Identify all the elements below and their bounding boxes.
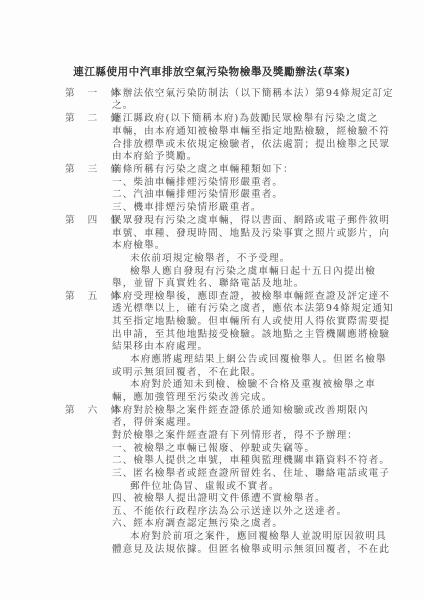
article-6-line: 者，得併案處理。 bbox=[112, 417, 198, 429]
article-6-line: 本府對於檢舉之案件經查證係於通知檢驗或改善期限內 bbox=[112, 405, 369, 417]
article-5-line: 本府受理檢舉後，應即查證，被檢舉車輛經查證及評定達不 bbox=[112, 291, 390, 303]
article-6-line: 郵件位址偽冒、虛報或不實者。 bbox=[130, 481, 280, 493]
article-6-line: 二、檢舉人提供之車號，車種與監理機關車籍資料不符者。 bbox=[112, 455, 390, 467]
article-1-line: 之。 bbox=[112, 100, 133, 112]
article-5-line: 透光標準以上，確有污染之虞者，應依本法第94條規定通知 bbox=[112, 303, 394, 315]
article-5-line: 本府應將處理結果上網公告或回覆檢舉人。但匿名檢舉 bbox=[130, 354, 387, 366]
article-6-line: 體意見及法規依據。但匿名檢舉或明示無須回覆者，不在此 bbox=[112, 544, 390, 556]
article-4-line: 民眾發現有污染之虞車輛，得以書面、網路或電子郵件敘明 bbox=[112, 215, 390, 227]
article-3-line: 前條所稱有污染之虞之車輛種類如下： bbox=[112, 164, 294, 176]
article-2-line: 由本府給予獎勵。 bbox=[112, 151, 198, 163]
article-3-line: 一、柴油車輛排煙污染情形嚴重者。 bbox=[112, 177, 283, 189]
article-5-line: 本府對於通知未到檢、檢驗不合格及重複被檢舉之車 bbox=[130, 379, 376, 391]
article-5-line: 或明示無須回覆者，不在此限。 bbox=[112, 367, 262, 379]
article-5-line: 輛，應加強管理至污染改善完成。 bbox=[112, 392, 272, 404]
document-page: 連江縣使用中汽車排放空氣污染物檢舉及獎勵辦法(草案) 第 一 條 本辦法依空氣污… bbox=[0, 0, 424, 600]
article-6-line: 本府對於前項之案件，應回覆檢舉人並說明原因敘明具 bbox=[130, 531, 387, 543]
article-2-line: 連江縣政府(以下簡稱本府)為鼓勵民眾檢舉有污染之虞之 bbox=[112, 113, 378, 125]
article-4-line: 未依前項規定檢舉者，不予受理。 bbox=[130, 253, 290, 265]
article-2-line: 合排放標準或未依規定檢驗者，依法處罰；提出檢舉之民眾 bbox=[112, 139, 390, 151]
article-4-line: 車號、車種、發現時間、地點及污染事實之照片或影片，向 bbox=[112, 228, 390, 240]
article-5-line: 結果移由本府處理。 bbox=[112, 341, 208, 353]
article-6-line: 對於檢舉之案件經查證有下列情形者，得不予辦理： bbox=[112, 430, 358, 442]
article-5-line: 其至指定地點檢驗。但車輛所有人或使用人得依實際需要提 bbox=[112, 316, 390, 328]
article-4-line: 舉，並留下真實姓名、聯絡電話及地址。 bbox=[112, 278, 305, 290]
document-title: 連江縣使用中汽車排放空氣污染物檢舉及獎勵辦法(草案) bbox=[0, 64, 424, 79]
article-6-line: 六、經本府調查認定無污染之虞者。 bbox=[112, 518, 283, 530]
article-2-line: 車輛，由本府通知被檢舉車輛至指定地點檢驗，經檢驗不符 bbox=[112, 126, 390, 138]
article-6-line: 五、不能依行政程序法為公示送達以外之送達者。 bbox=[112, 506, 347, 518]
article-6-line: 四、被檢舉人提出證明文件係遭不實檢舉者。 bbox=[112, 493, 326, 505]
article-3-line: 二、汽油車輛排煙污染情形嚴重者。 bbox=[112, 189, 283, 201]
article-6-line: 一、被檢舉之車輛已報廢、停駛或失竊等。 bbox=[112, 443, 315, 455]
article-5-line: 出申請，至其他地點接受檢驗。該地點之主管機關應將檢驗 bbox=[112, 329, 390, 341]
article-4-line: 檢舉人應自發現有污染之虞車輛日起十五日內提出檢 bbox=[130, 266, 376, 278]
article-4-line: 本府檢舉。 bbox=[112, 240, 165, 252]
article-1-line: 本辦法依空氣污染防制法（以下簡稱本法）第94條規定訂定 bbox=[112, 88, 394, 100]
article-3-line: 三、機車排煙污染情形嚴重者。 bbox=[112, 202, 262, 214]
article-6-line: 三、匿名檢舉者或經查證所留姓名、住址、聯絡電話或電子 bbox=[112, 468, 390, 480]
